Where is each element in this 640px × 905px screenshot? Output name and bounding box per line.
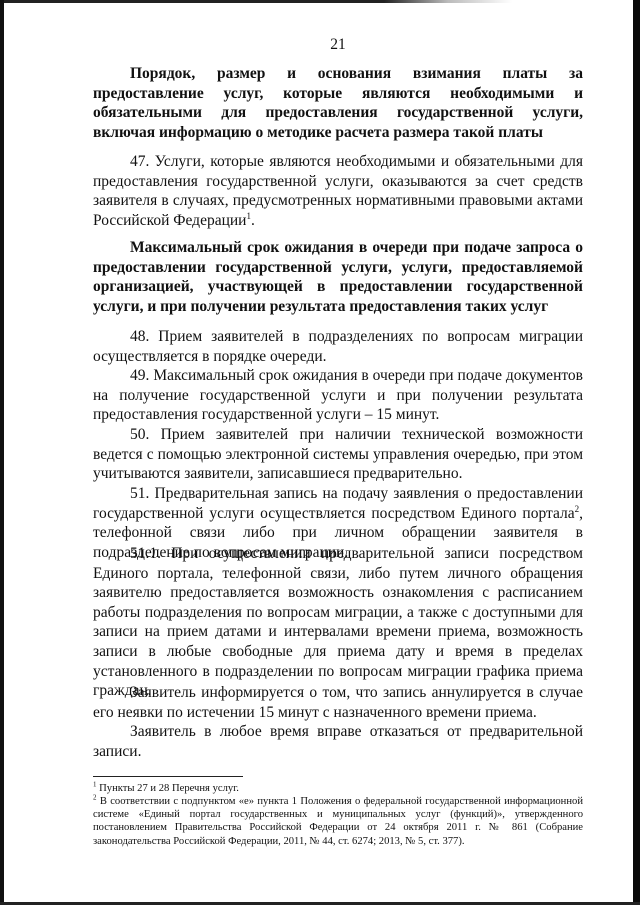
paragraph-cancellation-notice: Заявитель информируется о том, что запис… [93, 683, 583, 722]
paragraph-48: 48. Прием заявителей в подразделениях по… [93, 327, 583, 366]
paragraph-refusal-right: Заявитель в любое время вправе отказатьс… [93, 722, 583, 761]
footnote-2-text: В соответствии с подпунктом «е» пункта 1… [93, 796, 583, 847]
scan-edge-left [0, 0, 4, 905]
section-heading-queue: Максимальный срок ожидания в очереди при… [93, 238, 583, 316]
page-number: 21 [93, 36, 583, 54]
scan-edge-right [633, 0, 640, 905]
footnote-2: 2 В соответствии с подпунктом «е» пункта… [93, 795, 583, 848]
paragraph-47-tail: . [251, 212, 255, 229]
paragraph-47-text: 47. Услуги, которые являются необходимым… [93, 153, 583, 229]
footnote-separator [93, 776, 243, 777]
scan-edge-top [0, 0, 640, 3]
paragraph-51-text-before: 51. Предварительная запись на подачу зая… [93, 485, 583, 522]
section-heading-fees: Порядок, размер и основания взимания пла… [93, 64, 583, 142]
paragraph-50: 50. Прием заявителей при наличии техниче… [93, 425, 583, 484]
footnote-1-text: Пункты 27 и 28 Перечня услуг. [97, 783, 239, 794]
footnote-1: 1 Пункты 27 и 28 Перечня услуг. [93, 782, 583, 795]
paragraph-49: 49. Максимальный срок ожидания в очереди… [93, 366, 583, 425]
paragraph-47: 47. Услуги, которые являются необходимым… [93, 152, 583, 230]
paragraph-51-1: 51.1. При осуществлении предварительной … [93, 544, 583, 701]
